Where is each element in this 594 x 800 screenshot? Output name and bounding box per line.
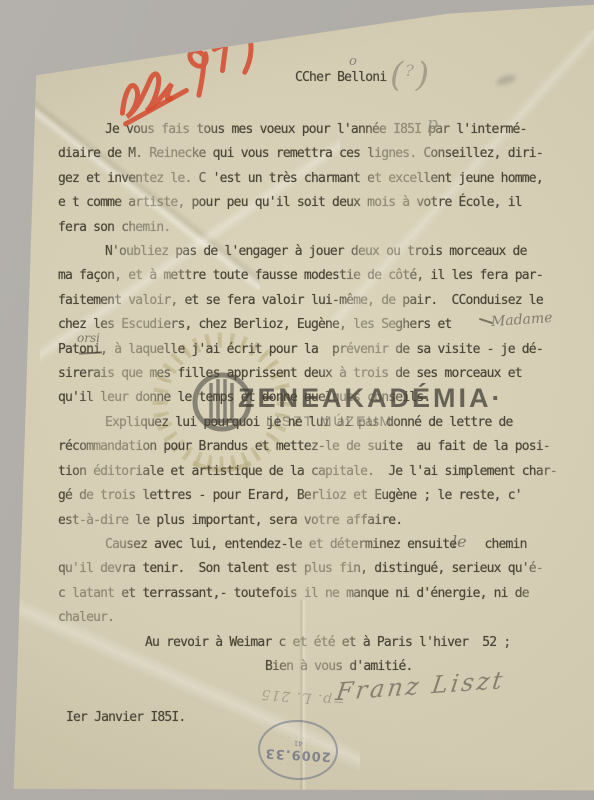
letter-line: qu'il leur donne le temps et donne quelq… xyxy=(58,386,570,410)
salutation: CCher Belloni xyxy=(295,70,386,85)
letter-line: diaire de M. Reinecke qui vous remettra … xyxy=(58,142,570,166)
pencil-shelfmark: =p. L. 215 xyxy=(185,679,346,709)
letter-line: est-à-dire le plus important, sera votre… xyxy=(58,509,570,533)
letter-line: chaleur. xyxy=(58,606,570,630)
letter-body: Je vous fais tous mes voeux pour l'année… xyxy=(58,118,570,679)
letter-line: N'oubliez pas de l'engager à jouer deux … xyxy=(58,240,570,264)
letter-line: fera son chemin. xyxy=(58,216,570,240)
letter-line: Causez avec lui, entendez-le et détermin… xyxy=(58,533,570,557)
pencil-question-mark: (p?) xyxy=(390,55,431,95)
letter-line: récommandation pour Brandus et mettez-le… xyxy=(58,435,570,459)
pencil-smudge xyxy=(495,73,516,87)
stamp-border-text: · · · · · · xyxy=(279,733,319,740)
letter-line: e t comme artiste, pour peu qu'il soit d… xyxy=(58,191,570,215)
letter-line: ma façon, et à mettre toute fausse modes… xyxy=(58,264,570,288)
letter-line: Expliquez lui pourquoi je ne lui ai pas … xyxy=(58,411,570,435)
letter-line: tion éditoriale et artistique de la capi… xyxy=(58,460,570,484)
scanned-letter-page: ZENEAKADÉMIA· LISZT MÚZEUM CCher Belloni… xyxy=(0,0,594,800)
date-line: Ier Janvier I85I. xyxy=(66,710,185,725)
pencil-le: le xyxy=(452,532,467,551)
pencil-superscript-o: o xyxy=(349,54,357,69)
letter-line: Patoni, à laquelle j'ai écrit pour la pr… xyxy=(58,338,570,362)
letter-line: gez et inventez le. C 'est un très charm… xyxy=(58,167,570,191)
pencil-mark-over-par: p xyxy=(427,114,438,134)
letter-line: c latant et terrassant,- toutefois il ne… xyxy=(58,582,570,606)
letter-line: Au revoir à Weimar c et été et à Paris l… xyxy=(58,631,570,655)
letter-line: qu'il devra tenir. Son talent est plus f… xyxy=(58,557,570,581)
letter-line: faitement valoir, et se fera valoir lui-… xyxy=(58,289,570,313)
letter-line: Je vous fais tous mes voeux pour l'année… xyxy=(58,118,570,142)
accession-stamp: · · · · · · 2009.33 41 · · · · · · xyxy=(256,718,339,782)
paper-sheet: ZENEAKADÉMIA· LISZT MÚZEUM CCher Belloni… xyxy=(0,0,594,800)
letter-line: gé de trois lettres - pour Erard, Berlio… xyxy=(58,484,570,508)
pencil-orsi: orsi xyxy=(77,331,100,345)
stamp-number: 2009.33 xyxy=(264,745,331,762)
letter-line: sirerais que mes filles apprissent deux … xyxy=(58,362,570,386)
